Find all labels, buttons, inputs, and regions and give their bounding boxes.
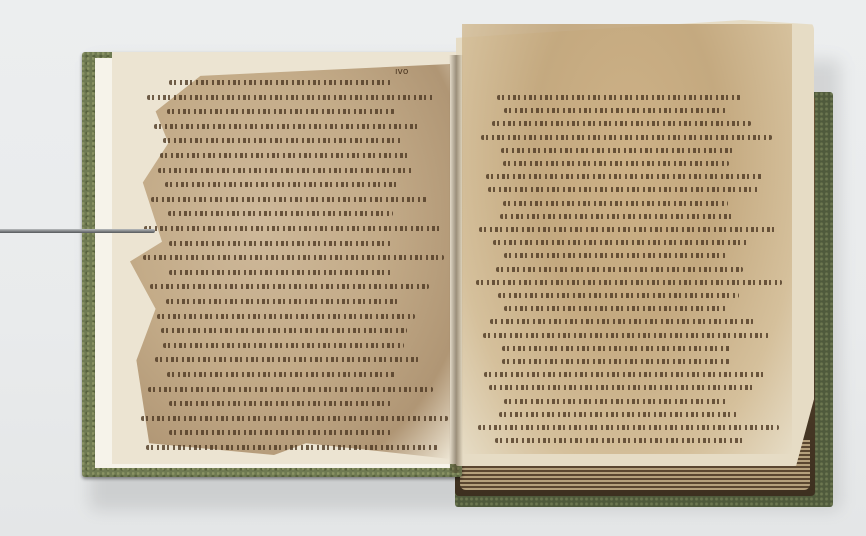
book-gutter	[449, 55, 463, 473]
manuscript-line	[150, 284, 429, 289]
manuscript-line	[169, 241, 391, 246]
pointer-needle	[0, 229, 155, 233]
manuscript-line	[496, 267, 743, 272]
manuscript-line	[500, 214, 735, 219]
manuscript-line	[160, 153, 409, 158]
manuscript-line	[504, 108, 726, 113]
manuscript-line	[504, 399, 727, 404]
manuscript-line	[492, 121, 751, 126]
manuscript-line	[495, 438, 745, 443]
manuscript-line	[143, 255, 444, 260]
manuscript-line	[165, 182, 399, 187]
manuscript-line	[501, 148, 733, 153]
manuscript-line	[502, 359, 730, 364]
manuscript-line	[169, 430, 391, 435]
manuscript-line	[154, 124, 421, 129]
manuscript-line	[490, 319, 754, 324]
manuscript-line	[161, 328, 407, 333]
manuscript-line	[502, 346, 731, 351]
manuscript-line	[148, 387, 433, 392]
manuscript-line	[488, 187, 759, 192]
manuscript-line	[483, 333, 769, 338]
manuscript-line	[479, 227, 776, 232]
manuscript-line	[504, 253, 726, 258]
manuscript-line	[157, 314, 415, 319]
folio-mark: ıvo	[395, 67, 408, 77]
manuscript-line	[163, 138, 403, 143]
manuscript-line	[478, 425, 779, 430]
manuscript-line	[163, 343, 404, 348]
manuscript-line	[499, 412, 737, 417]
manuscript-line	[167, 372, 396, 377]
manuscript-line	[155, 357, 419, 362]
manuscript-line	[169, 401, 391, 406]
manuscript-line	[146, 445, 438, 450]
manuscript-line	[489, 385, 756, 390]
manuscript-line	[166, 299, 398, 304]
manuscript-line	[144, 226, 442, 231]
manuscript-line	[169, 80, 391, 85]
manuscript-line	[151, 197, 427, 202]
manuscript-line	[167, 109, 395, 114]
manuscript-line	[493, 240, 748, 245]
manuscript-line	[486, 174, 763, 179]
manuscript-line	[481, 135, 772, 140]
manuscript-line	[158, 168, 413, 173]
manuscript-line	[476, 280, 782, 285]
manuscript-line	[503, 161, 729, 166]
manuscript-line	[497, 95, 741, 100]
manuscript-line	[168, 211, 393, 216]
manuscript-line	[169, 270, 392, 275]
manuscript-line	[141, 416, 448, 421]
manuscript-line	[504, 306, 726, 311]
manuscript-line	[147, 95, 435, 100]
manuscript-line	[503, 201, 728, 206]
manuscript-line	[484, 372, 766, 377]
manuscript-line	[498, 293, 739, 298]
